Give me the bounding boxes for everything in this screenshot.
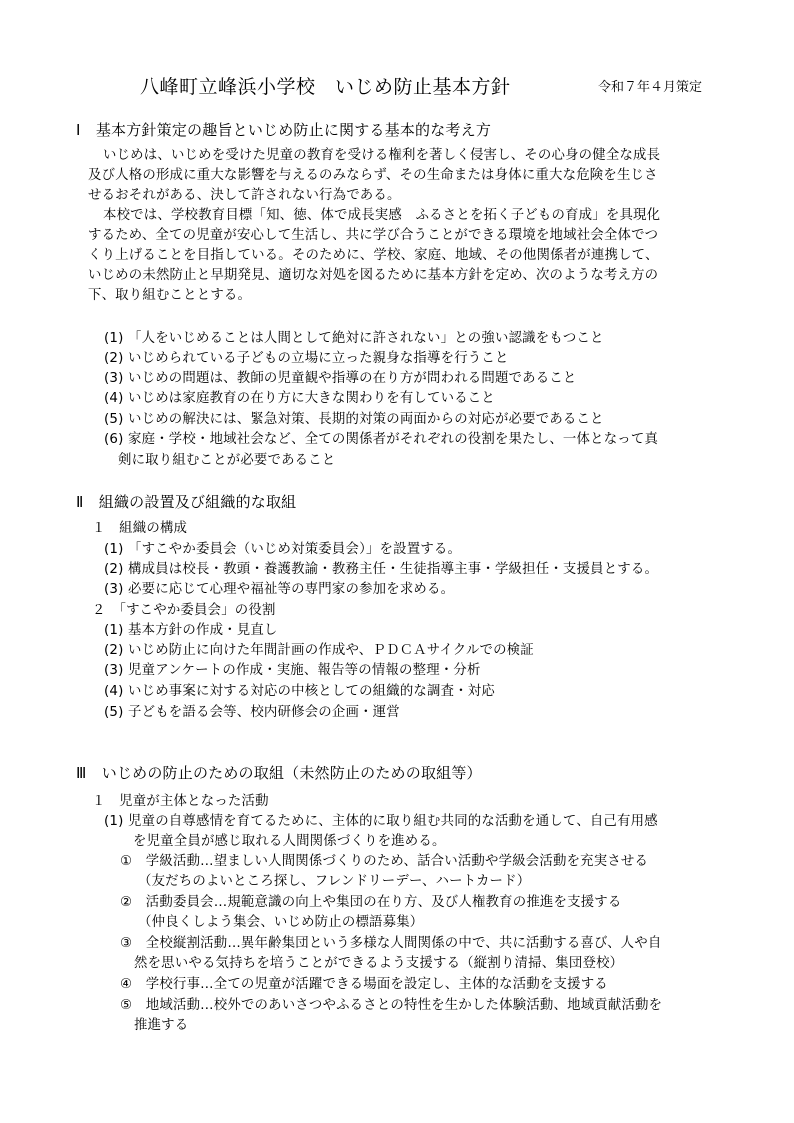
activity-intro-line: (1) 児童の自尊感情を育てるために、主体的に取り組む共同的な活動を通して、自己…	[104, 812, 658, 832]
committee-role-item: (5) 子どもを語る会等、校内研修会の企画・運営	[104, 703, 400, 723]
committee-role-item: (1) 基本方針の作成・見直し	[104, 621, 278, 641]
section-1-paragraph-line: するため、全ての児童が安心して生活し、共に学び合うことができる環境を地域社会全体…	[88, 226, 658, 246]
activity-item: ④ 学校行事…全ての児童が活躍できる場面を設定し、主体的な活動を支援する	[120, 975, 608, 995]
section-3-heading: Ⅲ いじめの防止のための取組（未然防止のための取組等）	[76, 763, 482, 783]
principle-item: (1) 「人をいじめることは人間として絶対に許されない」との強い認識をもつこと	[104, 329, 604, 349]
section-1-paragraph-line: せるおそれがある、決して許されない行為である。	[88, 186, 401, 206]
principle-item: (6) 家庭・学校・地域社会など、全ての関係者がそれぞれの役割を果たし、一体とな…	[104, 430, 658, 450]
activity-item: ③ 全校縦割活動…異年齢集団という多様な人間関係の中で、共に活動する喜び、人や自	[120, 934, 661, 954]
activity-item: ⑤ 地域活動…校外でのあいさつやふるさとの特性を生かした体験活動、地域貢献活動を	[120, 996, 662, 1016]
document-title: 八峰町立峰浜小学校 いじめ防止基本方針	[140, 74, 511, 100]
activity-item: ① 学級活動…望ましい人間関係づくりのため、話合い活動や学級会活動を充実させる	[120, 852, 648, 872]
activity-item: ② 活動委員会…規範意識の向上や集団の在り方、及び人権教育の推進を支援する	[120, 893, 621, 913]
activity-item-note: （友だちのよいところ探し、フレンドリーデー、ハートカード）	[138, 872, 530, 892]
principle-item: (2) いじめられている子どもの立場に立った親身な指導を行うこと	[104, 349, 509, 369]
subsection-heading: ２ 「すこやか委員会」の役割	[92, 601, 276, 621]
principle-item: (4) いじめは家庭教育の在り方に大きな関わりを有していること	[104, 389, 495, 409]
section-1-paragraph-line: いじめは、いじめを受けた児童の教育を受ける権利を著しく侵害し、その心身の健全な成…	[103, 146, 660, 166]
section-2-heading: Ⅱ 組織の設置及び組織的な取組	[76, 492, 296, 512]
section-1-paragraph-line: 下、取り組むこととする。	[88, 286, 251, 306]
principle-item-continuation: 剣に取り組むことが必要であること	[118, 451, 335, 471]
activity-intro-line: を児童全員が感じ取れる人間関係づくりを進める。	[133, 832, 446, 852]
section-1-paragraph-line: いじめの未然防止と早期発見、適切な対処を図るために基本方針を定め、次のような考え…	[88, 266, 658, 286]
principle-item: (3) いじめの問題は、教師の児童観や指導の在り方が問われる問題であること	[104, 369, 577, 389]
section-1-paragraph-line: 及び人格の形成に重大な影響を与えるのみならず、その生命または身体に重大な危険を生…	[88, 166, 658, 186]
activity-item-continuation: 然を思いやる気持ちを培うことができるよう支援する（縦割り清掃、集団登校）	[134, 954, 623, 974]
subsection-heading: １ 児童が主体となった活動	[92, 792, 269, 812]
organization-item: (1) 「すこやか委員会（いじめ対策委員会）」を設置する。	[104, 540, 461, 560]
section-1-paragraph-line: くり上げることを目指している。そのために、学校、家庭、地域、その他関係者が連携し…	[88, 246, 659, 266]
principle-item: (5) いじめの解決には、緊急対策、長期的対策の両面からの対応が必要であること	[104, 410, 604, 430]
subsection-heading: １ 組織の構成	[92, 519, 187, 539]
committee-role-item: (3) 児童アンケートの作成・実施、報告等の情報の整理・分析	[104, 661, 481, 681]
committee-role-item: (4) いじめ事案に対する対応の中核としての組織的な調査・対応	[104, 682, 495, 702]
document-page: 八峰町立峰浜小学校 いじめ防止基本方針 令和７年４月策定 Ⅰ 基本方針策定の趣旨…	[0, 0, 794, 1123]
organization-item: (2) 構成員は校長・教頭・養護教諭・教務主任・生徒指導主事・学級担任・支援員と…	[104, 560, 658, 580]
section-1-paragraph-line: 本校では、学校教育目標「知、徳、体で成長実感 ふるさとを拓く子どもの育成」を具現…	[103, 206, 660, 226]
section-1-heading: Ⅰ 基本方針策定の趣旨といじめ防止に関する基本的な考え方	[76, 120, 491, 140]
activity-item-note: （仲良くしよう集会、いじめ防止の標語募集）	[138, 913, 423, 933]
committee-role-item: (2) いじめ防止に向けた年間計画の作成や、ＰＤＣＡサイクルでの検証	[104, 641, 534, 661]
organization-item: (3) 必要に応じて心理や福祉等の専門家の参加を求める。	[104, 580, 454, 600]
document-date: 令和７年４月策定	[598, 78, 702, 98]
activity-item-continuation: 推進する	[134, 1016, 188, 1036]
